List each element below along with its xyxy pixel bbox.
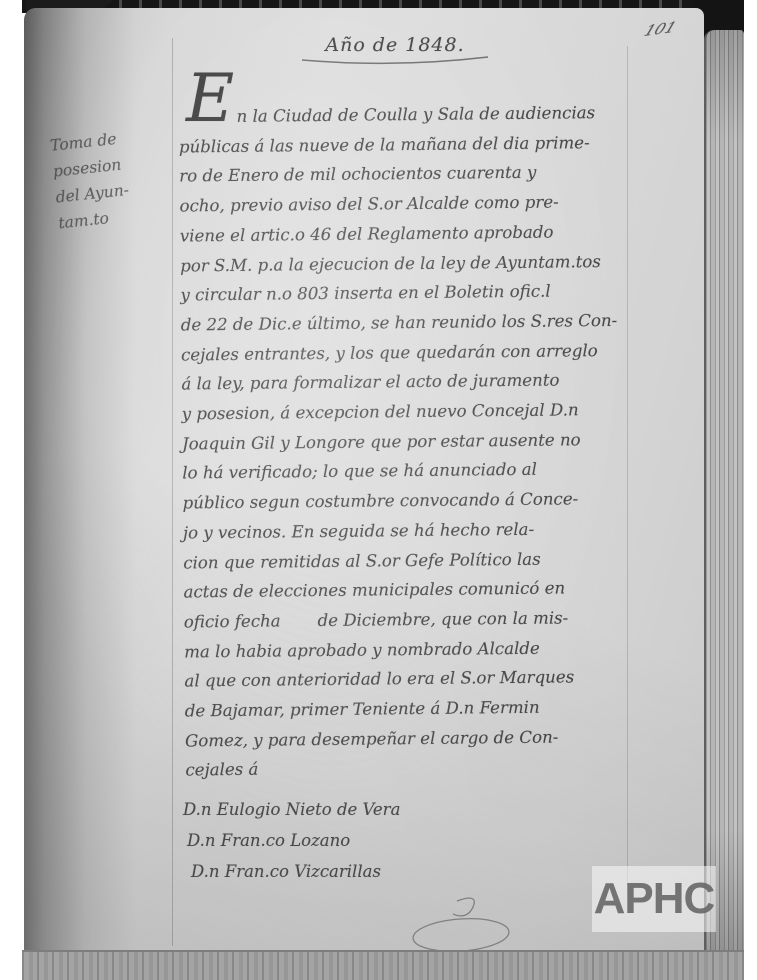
councilman-name: D.n Eulogio Nieto de Vera — [183, 794, 400, 825]
body-text-line: ma lo habia aprobado y nombrado Alcalde — [184, 632, 654, 667]
body-text-line: cion que remitidas al S.or Gefe Político… — [183, 543, 653, 578]
body-text-line: ocho, previo aviso del S.or Alcalde como… — [179, 187, 649, 222]
body-text-line: al que con anterioridad lo era el S.or M… — [184, 662, 654, 697]
year-heading-text: Año de 1848. — [325, 34, 464, 56]
body-text-line: cejales á — [185, 751, 655, 786]
body-text-line: y circular n.o 803 inserta en el Boletin… — [180, 276, 650, 311]
body-text-line: de 22 de Dic.e último, se han reunido lo… — [181, 305, 651, 340]
body-text-line: Joaquin Gil y Longore que por estar ause… — [182, 424, 652, 459]
margin-note: Toma deposesiondel Ayun-tam.to — [49, 120, 185, 237]
body-text-line: viene el artic.o 46 del Reglamento aprob… — [180, 216, 650, 251]
manuscript-page: 101 Año de 1848. Toma deposesiondel Ayun… — [24, 8, 704, 958]
councilmen-list: D.n Eulogio Nieto de VeraD.n Fran.co Loz… — [183, 794, 400, 887]
book-page-edges-bottom — [22, 950, 744, 980]
aphc-watermark: APHC — [592, 866, 716, 932]
body-text-line: lo há verificado; lo que se há anunciado… — [182, 454, 652, 489]
year-heading: Año de 1848. — [290, 34, 500, 68]
body-text-line: y posesion, á excepcion del nuevo Concej… — [182, 395, 652, 430]
heading-underline — [300, 54, 490, 68]
folio-number: 101 — [642, 18, 679, 40]
body-text-line: n la Ciudad de Coulla y Sala de audienci… — [178, 98, 648, 133]
body-text-line: á la ley, para formalizar el acto de jur… — [181, 365, 651, 400]
archive-photo: 101 Año de 1848. Toma deposesiondel Ayun… — [0, 0, 757, 980]
body-text-line: oficio fecha de Diciembre, que con la mi… — [184, 602, 654, 637]
book-page-edges-right — [704, 30, 744, 960]
body-text-line: públicas á las nueve de la mañana del di… — [179, 127, 649, 162]
body-text-line: público segun costumbre convocando á Con… — [182, 484, 652, 519]
councilman-name: D.n Fran.co Lozano — [183, 825, 400, 856]
body-text-line: Gomez, y para desempeñar el cargo de Con… — [185, 721, 655, 756]
body-text-line: por S.M. p.a la ejecucion de la ley de A… — [180, 246, 650, 281]
rubric-flourish — [395, 895, 529, 957]
councilman-name: D.n Fran.co Vizcarillas — [183, 856, 400, 887]
body-text-line: actas de elecciones municipales comunicó… — [183, 573, 653, 608]
body-text: n la Ciudad de Coulla y Sala de audienci… — [178, 98, 655, 786]
body-text-line: jo y vecinos. En seguida se há hecho rel… — [183, 513, 653, 548]
body-text-line: cejales entrantes, y los que quedarán co… — [181, 335, 651, 370]
body-text-line: ro de Enero de mil ochocientos cuarenta … — [179, 157, 649, 192]
body-text-line: de Bajamar, primer Teniente á D.n Fermin — [185, 692, 655, 727]
